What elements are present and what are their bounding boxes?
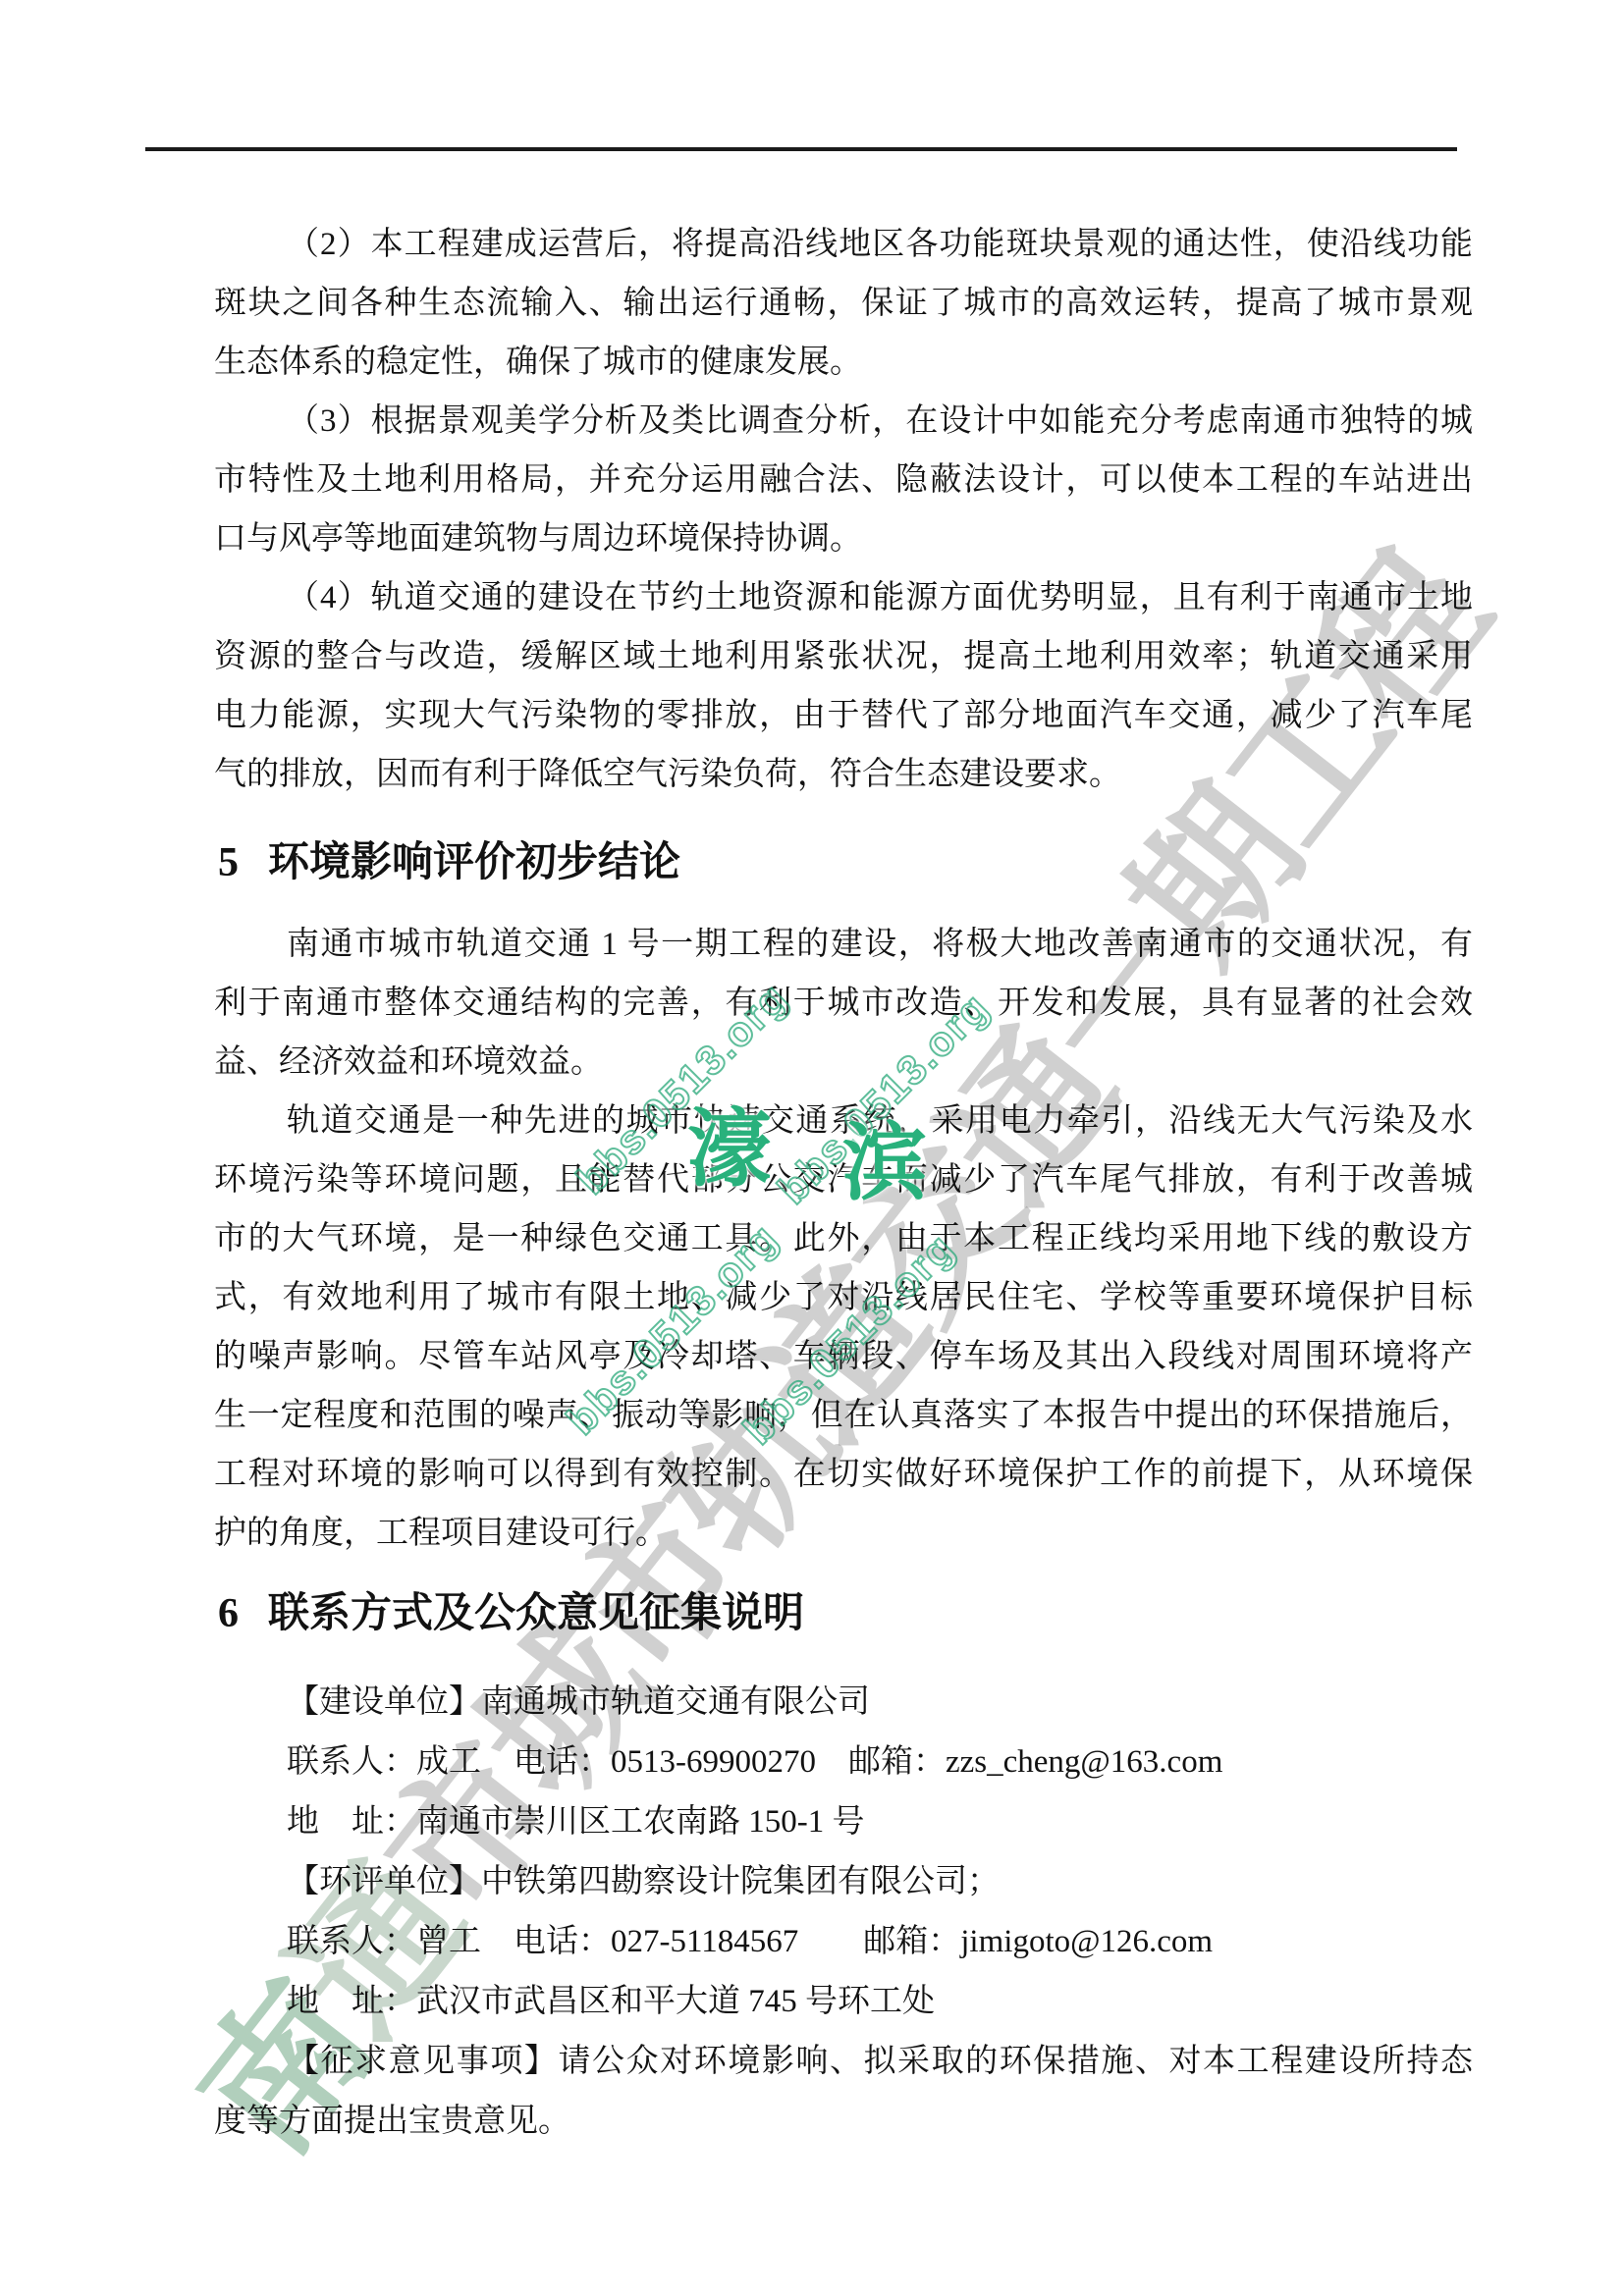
header-rule [145, 147, 1457, 151]
text-line: 联系人：成工 电话：0513-69900270 邮箱：zzs_cheng@163… [214, 1733, 1473, 1792]
section-5-body: 南通市城市轨道交通 1 号一期工程的建设，将极大地改善南通市的交通状况，有利于南… [214, 915, 1473, 1563]
section-5-heading: 5环境影响评价初步结论 [218, 833, 680, 892]
text-line: 气的排放，因而有利于降低空气污染负荷，符合生态建设要求。 [214, 745, 1473, 804]
section-5-number: 5 [218, 833, 239, 892]
text-line: 口与风亭等地面建筑物与周边环境保持协调。 [214, 509, 1473, 568]
text-line: 联系人：曾工 电话：027-51184567 邮箱：jimigoto@126.c… [214, 1912, 1473, 1972]
text-line: （3）根据景观美学分析及类比调查分析，在设计中如能充分考虑南通市独特的城 [214, 392, 1473, 451]
section-4-conclusion-paragraphs: （2）本工程建成运营后，将提高沿线地区各功能斑块景观的通达性，使沿线功能斑块之间… [214, 215, 1473, 804]
text-line: 市的大气环境，是一种绿色交通工具。此外，由于本工程正线均采用地下线的敷设方 [214, 1209, 1473, 1268]
text-line: 地 址：武汉市武昌区和平大道 745 号环工处 [214, 1972, 1473, 2032]
text-line: 电力能源，实现大气污染物的零排放，由于替代了部分地面汽车交通，减少了汽车尾 [214, 686, 1473, 745]
text-line: 生态体系的稳定性，确保了城市的健康发展。 [214, 333, 1473, 392]
text-line: 【建设单位】南通城市轨道交通有限公司 [214, 1673, 1473, 1733]
text-line: 生一定程度和范围的噪声、振动等影响，但在认真落实了本报告中提出的环保措施后， [214, 1386, 1473, 1445]
haobin-watermark-character: 濠 [687, 1107, 772, 1192]
haobin-watermark-character: 滨 [842, 1121, 927, 1205]
text-line: 护的角度，工程项目建设可行。 [214, 1504, 1473, 1563]
text-line: （4）轨道交通的建设在节约土地资源和能源方面优势明显，且有利于南通市土地 [214, 568, 1473, 627]
text-line: 斑块之间各种生态流输入、输出运行通畅，保证了城市的高效运转，提高了城市景观 [214, 274, 1473, 333]
section-6-heading: 6联系方式及公众意见征集说明 [218, 1584, 804, 1643]
text-line: 市特性及土地利用格局，并充分运用融合法、隐蔽法设计，可以使本工程的车站进出 [214, 451, 1473, 509]
text-line: （2）本工程建成运营后，将提高沿线地区各功能斑块景观的通达性，使沿线功能 [214, 215, 1473, 274]
text-line: 度等方面提出宝贵意见。 [214, 2092, 1473, 2152]
text-line: 工程对环境的影响可以得到有效控制。在切实做好环境保护工作的前提下，从环境保 [214, 1445, 1473, 1504]
text-line: 益、经济效益和环境效益。 [214, 1033, 1473, 1092]
section-6-contact-body: 【建设单位】南通城市轨道交通有限公司联系人：成工 电话：0513-6990027… [214, 1673, 1473, 2152]
text-line: 南通市城市轨道交通 1 号一期工程的建设，将极大地改善南通市的交通状况，有 [214, 915, 1473, 974]
text-line: 地 址：南通市崇川区工农南路 150-1 号 [214, 1792, 1473, 1852]
text-line: 【环评单位】中铁第四勘察设计院集团有限公司； [214, 1852, 1473, 1912]
section-6-number: 6 [218, 1584, 239, 1643]
section-5-title: 环境影响评价初步结论 [268, 840, 680, 885]
section-6-title: 联系方式及公众意见征集说明 [268, 1591, 804, 1636]
text-line: 利于南通市整体交通结构的完善，有利于城市改造、开发和发展，具有显著的社会效 [214, 974, 1473, 1033]
text-line: 【征求意见事项】请公众对环境影响、拟采取的环保措施、对本工程建设所持态 [214, 2032, 1473, 2092]
text-line: 资源的整合与改造，缓解区域土地利用紧张状况，提高土地利用效率；轨道交通采用 [214, 627, 1473, 686]
document-page: 南通市城市轨道交通一期工程 （2）本工程建成运营后，将提高沿线地区各功能斑块景观… [0, 0, 1624, 2296]
